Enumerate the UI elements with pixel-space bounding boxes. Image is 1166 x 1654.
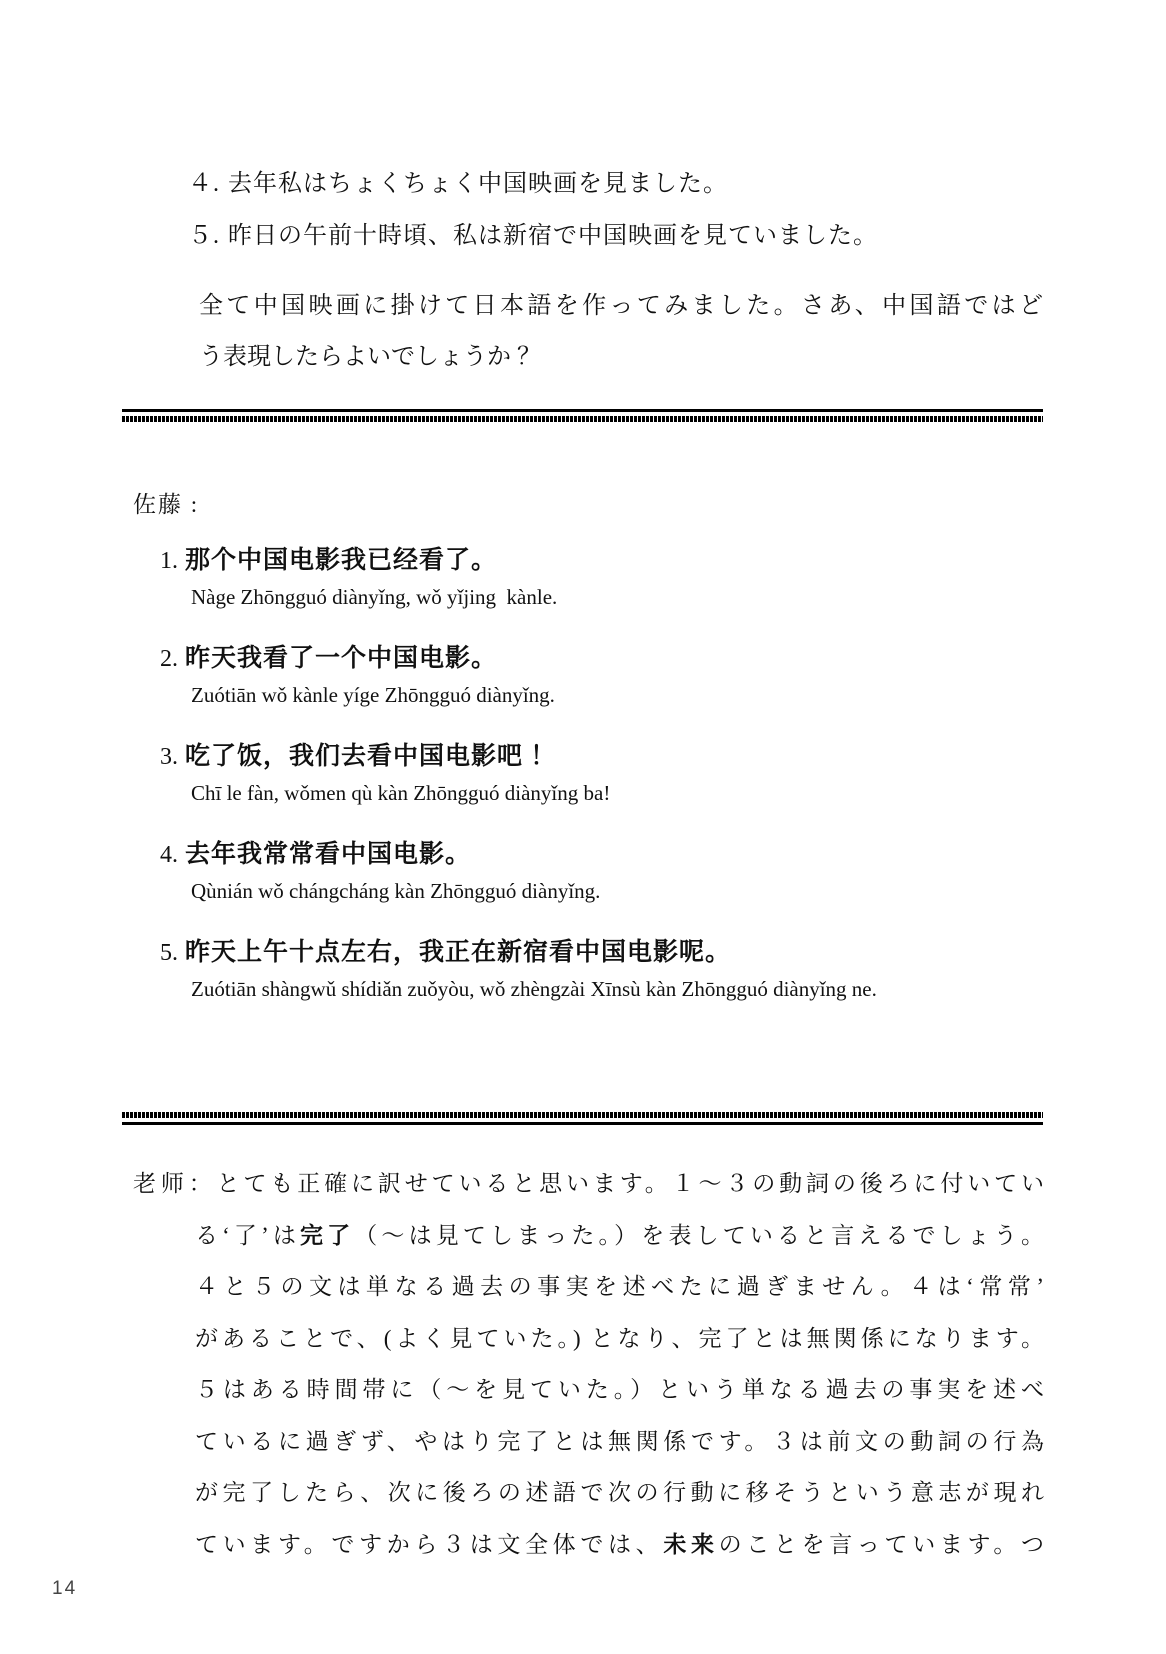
- section-divider: [122, 409, 1043, 422]
- chinese-text: 那个中国电影我已经看了。: [185, 547, 497, 574]
- divider-solid-rule: [122, 1122, 1043, 1125]
- teacher-text: ５はある時間帯に（～を見ていた。）という単なる過去の事実を述べ: [195, 1377, 1044, 1402]
- chinese-text: 吃了饭，我们去看中国电影吧 ！: [185, 743, 556, 770]
- teacher-text: があることで、(よく見ていた。) となり、完了とは無関係になります。: [195, 1326, 1044, 1351]
- list-item: 5.昨天上午十点左右，我正在新宿看中国电影呢。 Zuótiān shàngwǔ …: [160, 933, 1050, 1006]
- speaker-label-laoshi: 老师：: [133, 1171, 217, 1196]
- list-item: 1.那个中国电影我已经看了。 Nàge Zhōngguó diànyǐng, w…: [160, 541, 1050, 614]
- divider-solid-rule: [122, 409, 1043, 412]
- teacher-text-bold: 完了: [300, 1223, 354, 1248]
- teacher-line: ているに過ぎず、やはり完了とは無関係です。３は前文の動詞の行為: [133, 1416, 1044, 1468]
- chinese-sentence-list: 1.那个中国电影我已经看了。 Nàge Zhōngguó diànyǐng, w…: [160, 541, 1050, 1031]
- teacher-text: る‘了’は: [195, 1223, 300, 1248]
- divider-dotted-rule: [122, 1112, 1043, 1118]
- sentence-number: ５.: [188, 223, 220, 249]
- chinese-sentence: 3.吃了饭，我们去看中国电影吧 ！: [160, 737, 1050, 777]
- item-number: 3.: [160, 744, 178, 770]
- teacher-line: があることで、(よく見ていた。) となり、完了とは無関係になります。: [133, 1313, 1044, 1365]
- paragraph-line: 全て中国映画に掛けて日本語を作ってみました。さあ、中国語ではど: [199, 281, 1043, 332]
- teacher-text: （～は見てしまった。）を表していると言えるでしょう。: [354, 1223, 1044, 1248]
- teacher-explanation: 老师：とても正確に訳せていると思います。１～３の動詞の後ろに付いてい る‘了’は…: [133, 1158, 1044, 1570]
- chinese-text: 昨天我看了一个中国电影。: [185, 645, 497, 672]
- japanese-sentence-5: ５.昨日の午前十時頃、私は新宿で中国映画を見ていました。: [160, 188, 878, 277]
- item-number: 5.: [160, 940, 178, 966]
- item-number: 4.: [160, 842, 178, 868]
- teacher-line: 老师：とても正確に訳せていると思います。１～３の動詞の後ろに付いてい: [133, 1158, 1044, 1210]
- speaker-label-sato: 佐藤 :: [133, 486, 199, 519]
- item-number: 1.: [160, 548, 178, 574]
- teacher-text: ４と５の文は単なる過去の事実を述べたに過ぎません。４は‘常常’: [195, 1274, 1044, 1299]
- chinese-sentence: 5.昨天上午十点左右，我正在新宿看中国电影呢。: [160, 933, 1050, 973]
- pinyin-line: Qùnián wǒ chángcháng kàn Zhōngguó diànyǐ…: [191, 875, 1050, 908]
- pinyin-line: Zuótiān shàngwǔ shídiǎn zuǒyòu, wǒ zhèng…: [191, 973, 1050, 1006]
- chinese-text: 去年我常常看中国电影。: [185, 841, 471, 868]
- pinyin-line: Zuótiān wǒ kànle yíge Zhōngguó diànyǐng.: [191, 679, 1050, 712]
- teacher-text-bold: 未来: [663, 1532, 718, 1557]
- sentence-text: 昨日の午前十時頃、私は新宿で中国映画を見ていました。: [228, 223, 878, 249]
- item-number: 2.: [160, 646, 178, 672]
- teacher-line: ています。ですから３は文全体では、未来のことを言っています。つ: [133, 1519, 1044, 1571]
- page-number: 14: [52, 1578, 77, 1600]
- teacher-line: ４と５の文は単なる過去の事実を述べたに過ぎません。４は‘常常’: [133, 1261, 1044, 1313]
- teacher-text: が完了したら、次に後ろの述語で次の行動に移そうという意志が現れ: [195, 1480, 1044, 1505]
- teacher-text: ているに過ぎず、やはり完了とは無関係です。３は前文の動詞の行為: [195, 1429, 1044, 1454]
- chinese-text: 昨天上午十点左右，我正在新宿看中国电影呢。: [185, 939, 731, 966]
- teacher-line: る‘了’は完了（～は見てしまった。）を表していると言えるでしょう。: [133, 1210, 1044, 1262]
- paragraph-line: う表現したらよいでしょうか ？: [199, 332, 1043, 383]
- list-item: 2.昨天我看了一个中国电影。 Zuótiān wǒ kànle yíge Zhō…: [160, 639, 1050, 712]
- chinese-sentence: 2.昨天我看了一个中国电影。: [160, 639, 1050, 679]
- list-item: 4.去年我常常看中国电影。 Qùnián wǒ chángcháng kàn Z…: [160, 835, 1050, 908]
- divider-dotted-rule: [122, 416, 1043, 422]
- section-divider: [122, 1112, 1043, 1125]
- list-item: 3.吃了饭，我们去看中国电影吧 ！ Chī le fàn, wǒmen qù k…: [160, 737, 1050, 810]
- pinyin-line: Nàge Zhōngguó diànyǐng, wǒ yǐjing kànle.: [191, 581, 1050, 614]
- teacher-line: ５はある時間帯に（～を見ていた。）という単なる過去の事実を述べ: [133, 1364, 1044, 1416]
- textbook-page: ４.去年私はちょくちょく中国映画を見ました。 ５.昨日の午前十時頃、私は新宿で中…: [0, 0, 1166, 1654]
- pinyin-line: Chī le fàn, wǒmen qù kàn Zhōngguó diànyǐ…: [191, 777, 1050, 810]
- teacher-text: ています。ですから３は文全体では、: [195, 1532, 663, 1557]
- teacher-text: のことを言っています。つ: [719, 1532, 1044, 1557]
- chinese-sentence: 4.去年我常常看中国电影。: [160, 835, 1050, 875]
- teacher-line: が完了したら、次に後ろの述語で次の行動に移そうという意志が現れ: [133, 1467, 1044, 1519]
- intro-paragraph: 全て中国映画に掛けて日本語を作ってみました。さあ、中国語ではど う表現したらよい…: [199, 281, 1043, 383]
- teacher-text: とても正確に訳せていると思います。１～３の動詞の後ろに付いてい: [217, 1171, 1044, 1196]
- chinese-sentence: 1.那个中国电影我已经看了。: [160, 541, 1050, 581]
